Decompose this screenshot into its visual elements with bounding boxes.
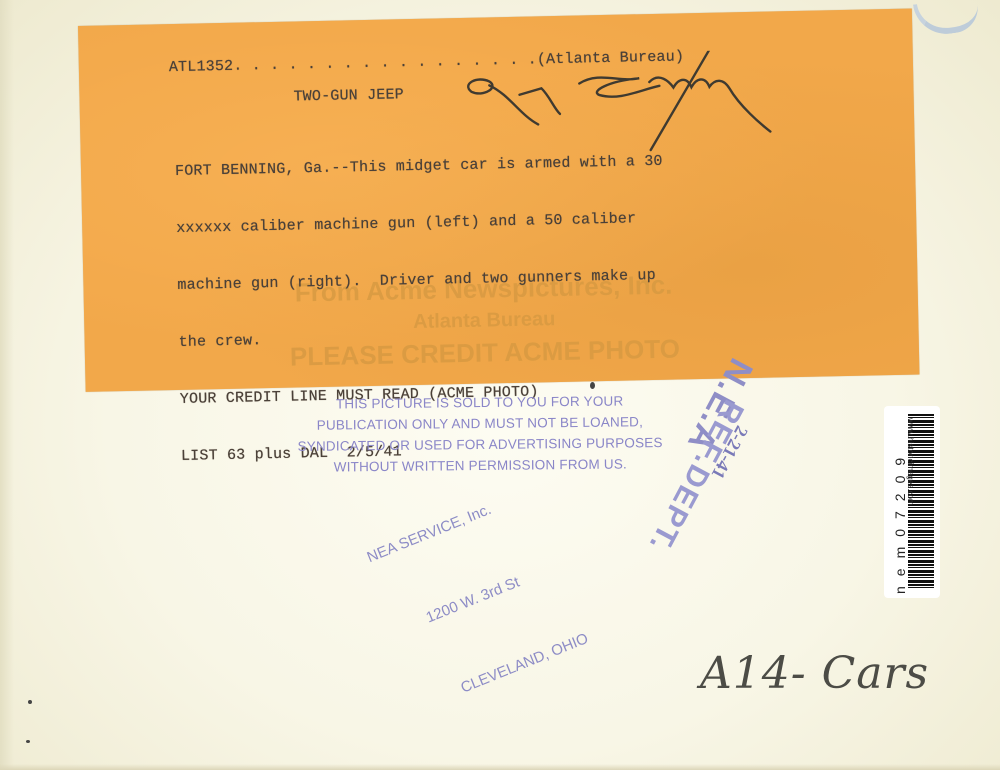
paper-edge-shadow (0, 0, 14, 770)
paper-speck (26, 740, 30, 743)
caption-line: xxxxxx caliber machine gun (left) and a … (176, 209, 664, 238)
ref-number: ATL1352. (169, 58, 243, 77)
caption-label: From Acme Newspictures, Inc. Atlanta Bur… (78, 9, 919, 392)
paper-speck (590, 382, 595, 389)
handwritten-note: A14- Cars (700, 648, 929, 699)
nea-line: NEA SERVICE, Inc. (359, 482, 534, 573)
caption-line: the crew. (178, 323, 666, 352)
barcode-code: nem07209 (892, 448, 908, 594)
headline: TWO-GUN JEEP (293, 85, 404, 106)
caption-line: FORT BENNING, Ga.--This midget car is ar… (175, 152, 663, 181)
paper-bottom-edge (0, 764, 1000, 770)
nea-line: 1200 W. 3rd St (389, 554, 564, 645)
paper-speck (28, 700, 32, 704)
caption-line: machine gun (right). Driver and two gunn… (177, 266, 665, 295)
barcode-sticker: www.historicimages.com nem07209 (884, 406, 940, 598)
